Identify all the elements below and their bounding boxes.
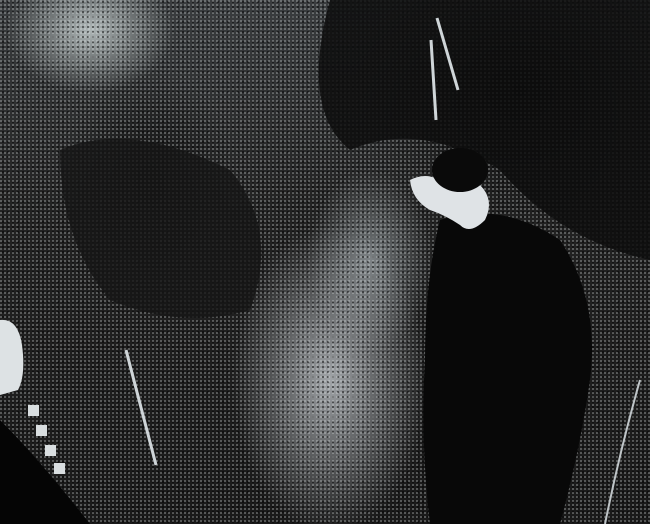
figure-head — [432, 148, 488, 192]
curved-edge — [605, 380, 640, 524]
strip-dot — [28, 405, 39, 416]
scene-shapes — [0, 0, 650, 524]
stick — [126, 350, 156, 465]
strip-dot — [54, 463, 65, 474]
figure-body — [423, 213, 592, 524]
photograph — [0, 0, 650, 524]
strip-dot — [36, 425, 47, 436]
dark-foliage-left — [60, 139, 261, 318]
strip-dot — [45, 445, 56, 456]
white-object — [0, 320, 23, 395]
